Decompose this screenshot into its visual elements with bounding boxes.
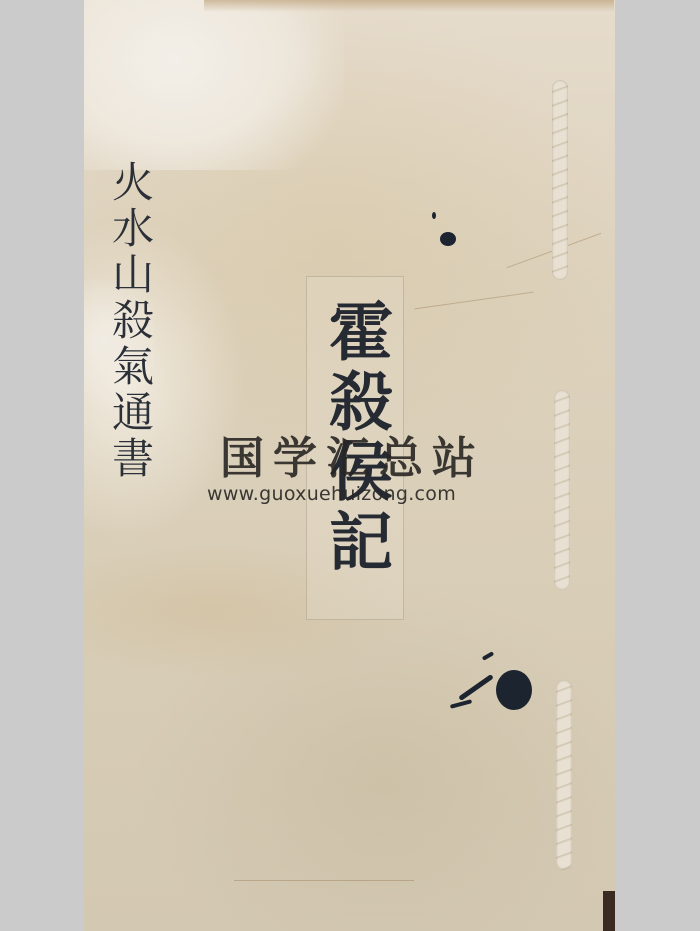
ink-blot [440, 232, 456, 246]
manuscript-cover: 火水山殺氣通書 霍殺侯記 国学汇总站 www.guoxuehuizong.com [84, 0, 615, 931]
watermark-site-name: 国学汇总站 [220, 422, 480, 486]
paper-crease [415, 292, 534, 310]
ink-splatter [482, 651, 494, 660]
shadow-corner [603, 891, 615, 931]
watermark-url: www.guoxuehuizong.com [207, 483, 456, 505]
ink-splatter [450, 699, 472, 709]
ink-spot [432, 212, 436, 219]
thread-binding [554, 390, 570, 590]
paper-crease [234, 880, 414, 881]
side-title: 火水山殺氣通書 [100, 160, 160, 482]
ink-blot [496, 670, 532, 710]
torn-edge [204, 0, 614, 12]
ink-splatter [458, 674, 494, 701]
thread-binding [552, 80, 568, 280]
water-stain [84, 0, 344, 170]
thread-binding [556, 680, 572, 870]
